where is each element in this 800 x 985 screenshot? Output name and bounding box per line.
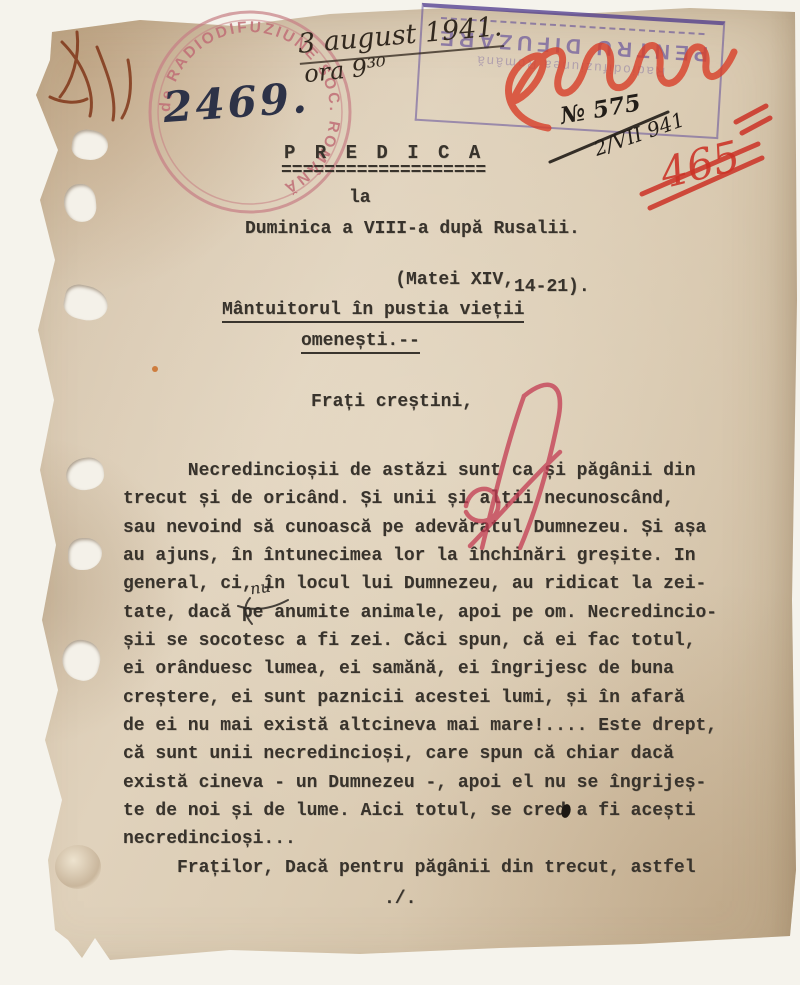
body-line: Fraților, Dacă pentru păgânii din trecut… bbox=[123, 854, 717, 882]
sermon-heading-line1: Mântuitorul în pustia vieții bbox=[222, 300, 524, 323]
body-line: că sunt unii necredincioși, care spun că… bbox=[123, 740, 717, 768]
body-line: te de noi și de lume. Aici totul, se cre… bbox=[123, 797, 717, 825]
sermon-heading-line2: omenești.-- bbox=[301, 331, 420, 354]
body-line: de ei nu mai există altcineva mai mare!.… bbox=[123, 712, 717, 740]
body-line: Necredincioșii de astăzi sunt ca și păgâ… bbox=[123, 457, 717, 485]
title-underline: =================== bbox=[281, 161, 486, 181]
scripture-reference-book: (Matei XIV, bbox=[395, 270, 514, 290]
subtitle-la: la bbox=[349, 188, 371, 208]
body-line: au ajuns, în întunecimea lor la închinăr… bbox=[123, 542, 717, 570]
body-line: general, ci, în locul lui Dumnezeu, au r… bbox=[123, 570, 717, 598]
scanned-document: de RADIODIFUZIUNE SOC. ROMÂNĂ Radiodifuz… bbox=[0, 0, 800, 985]
salutation: Frați creștini, bbox=[311, 392, 473, 412]
scripture-reference-verses: 14-21). bbox=[514, 277, 590, 297]
subtitle-occasion: Duminica a VIII-a după Rusalii. bbox=[245, 219, 580, 239]
registry-number-handwritten: 2469. bbox=[161, 73, 311, 132]
body-line: sau nevoind să cunoască pe adevăratul Du… bbox=[123, 514, 717, 542]
body-line: tate, dacă pe anumite animale, apoi pe o… bbox=[123, 599, 717, 627]
body-line: creștere, ei sunt paznicii acestei lumi,… bbox=[123, 684, 717, 712]
sermon-body: Necredincioșii de astăzi sunt ca și păgâ… bbox=[123, 457, 717, 882]
paper-dent bbox=[55, 845, 101, 889]
continuation-mark: ./. bbox=[384, 889, 416, 909]
insertion-note-nu: nu bbox=[249, 577, 272, 599]
body-line: șii se socotesc a fi zei. Căci spun, că … bbox=[123, 627, 717, 655]
body-line: necredincioși... bbox=[123, 825, 717, 853]
body-line: trecut și de oricând. Și unii și alții n… bbox=[123, 485, 717, 513]
body-line: există cineva - un Dumnezeu -, apoi el n… bbox=[123, 769, 717, 797]
body-line: ei orânduesc lumea, ei samănă, ei îngrij… bbox=[123, 655, 717, 683]
